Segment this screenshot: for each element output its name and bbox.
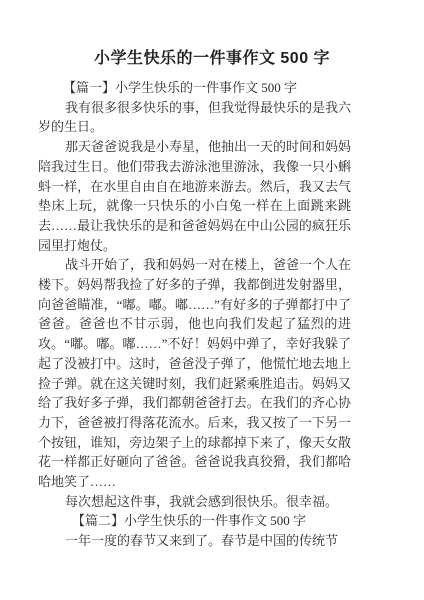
page-title: 小学生快乐的一件事作文 500 字 <box>0 48 424 70</box>
section-1-heading: 【篇一】小学生快乐的一件事作文 500 字 <box>38 78 351 98</box>
document-page: 小学生快乐的一件事作文 500 字 【篇一】小学生快乐的一件事作文 500 字 … <box>0 0 424 600</box>
section-1-paragraph-4: 每次想起这件事，我就会感到很快乐。很幸福。 <box>38 492 351 512</box>
document-body: 【篇一】小学生快乐的一件事作文 500 字 我有很多很多快乐的事，但我觉得最快乐… <box>38 78 351 551</box>
section-1-paragraph-3: 战斗开始了，我和妈妈一对在楼上，爸爸一个人在楼下。妈妈帮我捡了好多的子弹，我都倒… <box>38 255 351 491</box>
section-2-heading: 【篇二】小学生快乐的一件事作文 500 字 <box>38 511 351 531</box>
section-1-paragraph-2: 那天爸爸说我是小寿星，他抽出一天的时间和妈妈陪我过生日。他们带我去游泳池里游泳，… <box>38 137 351 255</box>
section-1-paragraph-1: 我有很多很多快乐的事，但我觉得最快乐的是我六岁的生日。 <box>38 98 351 137</box>
section-2-paragraph-1: 一年一度的春节又来到了。春节是中国的传统节 <box>38 531 351 551</box>
